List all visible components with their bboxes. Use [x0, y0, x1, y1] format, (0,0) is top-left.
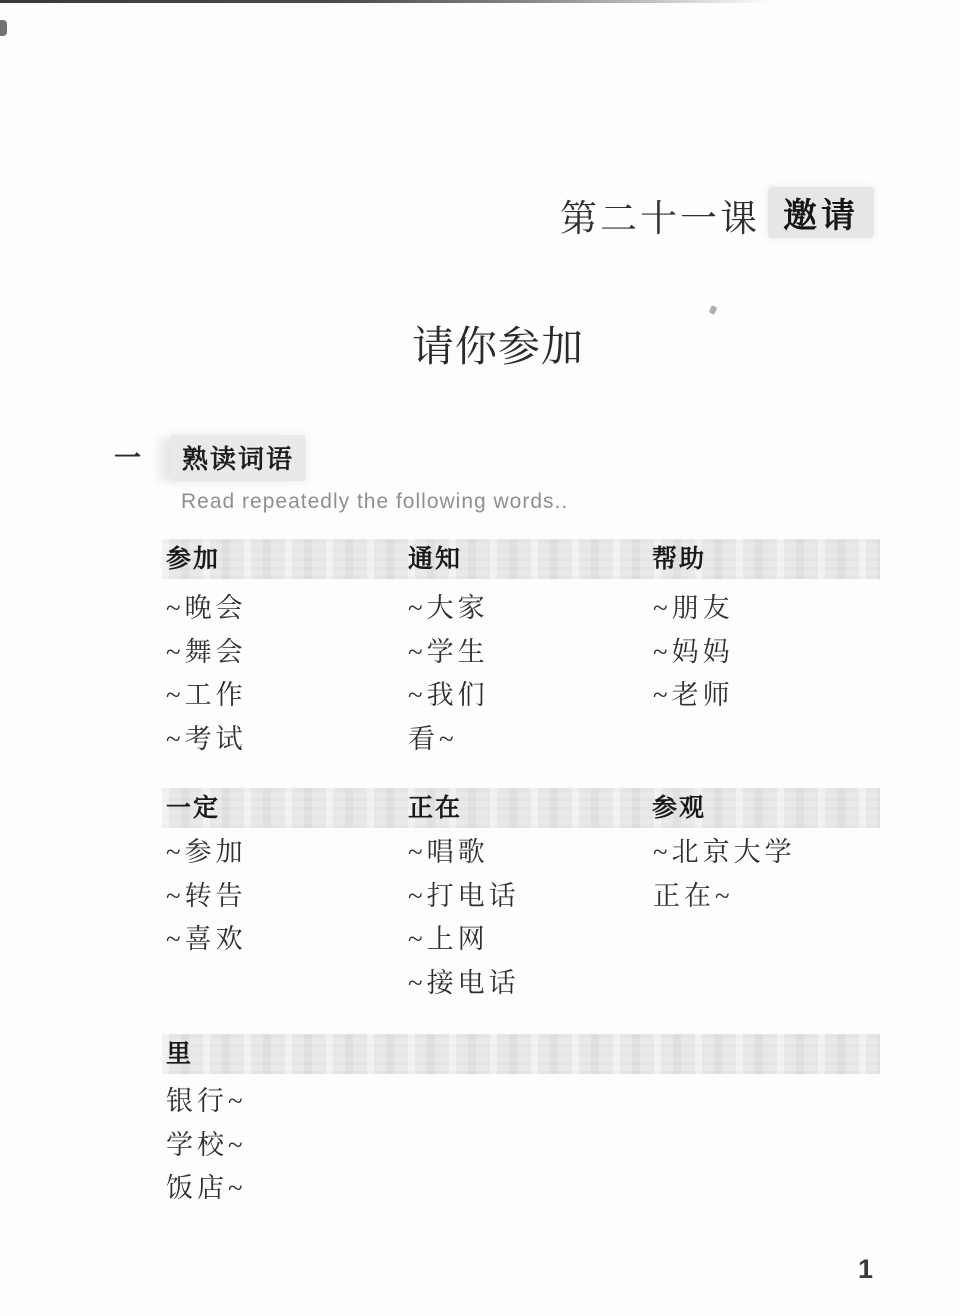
- vocab-item: ~喜欢: [166, 918, 401, 962]
- vocab-header: 参加: [166, 539, 220, 579]
- page-number: 1: [858, 1254, 873, 1285]
- vocab-header-band: 参加 通知 帮助: [162, 539, 880, 579]
- vocab-item: 饭店~: [166, 1167, 401, 1211]
- vocab-item: ~朋友: [653, 587, 888, 631]
- lesson-number-label: 第二十一课: [560, 188, 760, 242]
- vocab-item: ~工作: [166, 674, 401, 718]
- vocab-header: 帮助: [652, 539, 706, 579]
- vocab-item: ~接电话: [408, 962, 643, 1006]
- section-number: 一: [114, 436, 141, 475]
- vocab-item: 银行~: [166, 1080, 401, 1124]
- vocab-column: 银行~ 学校~ 饭店~: [166, 1080, 401, 1211]
- vocab-item: ~学生: [408, 631, 643, 675]
- vocab-item: ~大家: [408, 587, 643, 631]
- vocab-item: ~老师: [653, 674, 888, 718]
- vocab-column: ~朋友 ~妈妈 ~老师: [653, 587, 888, 718]
- page-title: 请你参加: [412, 314, 584, 374]
- vocab-item: ~上网: [408, 918, 643, 962]
- vocab-item: ~妈妈: [653, 631, 888, 675]
- section-heading: 熟读词语: [170, 435, 306, 481]
- instruction-text: Read repeatedly the following words..: [181, 490, 568, 514]
- vocab-item: 看~: [408, 718, 643, 762]
- vocab-column: ~大家 ~学生 ~我们 看~: [408, 587, 643, 761]
- vocab-header: 通知: [408, 539, 462, 579]
- vocab-item: ~考试: [166, 718, 401, 762]
- vocab-header: 一定: [166, 788, 220, 828]
- section-heading-wrap: 熟读词语: [170, 435, 306, 481]
- vocab-header: 正在: [408, 788, 462, 828]
- vocab-item: ~北京大学: [653, 831, 888, 875]
- scan-speck: [0, 20, 7, 36]
- vocab-column: ~唱歌 ~打电话 ~上网 ~接电话: [408, 831, 643, 1005]
- vocab-header-band: 里: [162, 1034, 880, 1074]
- vocab-column: ~参加 ~转告 ~喜欢: [166, 831, 401, 962]
- vocab-header-band: 一定 正在 参观: [162, 788, 880, 828]
- vocab-header: 里: [166, 1034, 193, 1074]
- vocab-header: 参观: [652, 788, 706, 828]
- vocab-item: ~晚会: [166, 587, 401, 631]
- vocab-item: ~唱歌: [408, 831, 643, 875]
- vocab-item: ~打电话: [408, 875, 643, 919]
- vocab-item: ~我们: [408, 674, 643, 718]
- scan-edge-line: [0, 0, 770, 3]
- vocab-item: ~舞会: [166, 631, 401, 675]
- vocab-item: ~转告: [166, 875, 401, 919]
- vocab-column: ~北京大学 正在~: [653, 831, 888, 918]
- vocab-column: ~晚会 ~舞会 ~工作 ~考试: [166, 587, 401, 761]
- vocab-item: ~参加: [166, 831, 401, 875]
- lesson-topic-badge: 邀请: [768, 187, 874, 238]
- vocab-item: 学校~: [166, 1124, 401, 1168]
- scan-speck: [709, 305, 718, 315]
- vocab-item: 正在~: [653, 875, 888, 919]
- textbook-page: 第二十一课 邀请 请你参加 一 熟读词语 Read repeatedly the…: [0, 0, 960, 1316]
